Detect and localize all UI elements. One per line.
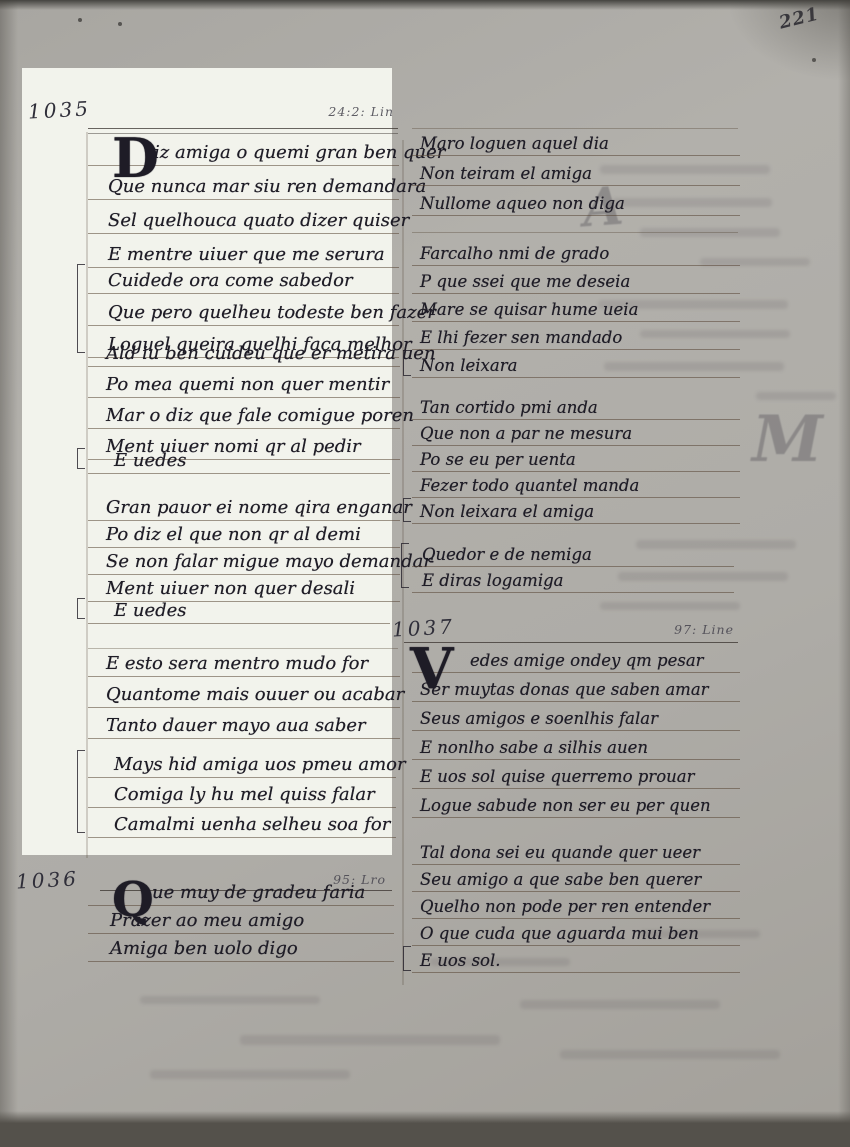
page-corner-shadow (730, 0, 850, 80)
verse-line: Tal dona sei eu quande quer ueer (412, 838, 740, 865)
verse-text: E uos sol quise querremo prouar (420, 769, 694, 789)
verse-line: Nullome aqueo non diga (412, 186, 740, 216)
manuscript-photo: AM 103524:2: Liniz amiga o quemi gran be… (0, 0, 850, 1147)
verse-text: Fezer todo quantel manda (420, 478, 639, 498)
manuscript-page: AM 103524:2: Liniz amiga o quemi gran be… (0, 0, 850, 1147)
page-edge-right (838, 0, 850, 1147)
line-bracket (403, 946, 411, 971)
verse-text: Mare se quisar hume ueia (420, 302, 638, 322)
header-rule (404, 642, 738, 643)
verse-line: Tan cortido pmi anda (412, 394, 740, 420)
verse-line: O que cuda que aguarda mui ben (412, 919, 740, 946)
verse-text: E lhi fezer sen mandado (420, 330, 622, 350)
verse-text: Non leixara (420, 358, 517, 378)
verse-line: Quelho non pode per ren entender (412, 892, 740, 919)
verse-line: Que non a par ne mesura (412, 420, 740, 446)
page-edge-left (0, 0, 18, 1147)
line-bracket (403, 350, 411, 376)
verse-text: Tan cortido pmi anda (420, 400, 598, 420)
verse-line: Logue sabude non ser eu per quen (412, 789, 740, 818)
page-edge-top (0, 0, 850, 10)
verse-text: Quelho non pode per ren entender (420, 899, 710, 919)
verse-text: Seu amigo a que sabe ben querer (420, 872, 701, 892)
verse-line: P que ssei que me deseia (412, 266, 740, 294)
colocci-annotation: 97: Line (558, 622, 734, 637)
verse-line: edes amige ondey qm pesar (412, 644, 740, 673)
verse-line: Seu amigo a que sabe ben querer (412, 865, 740, 892)
stanza: Tan cortido pmi andaQue non a par ne mes… (412, 394, 740, 524)
verse-text: Maro loguen aquel dia (420, 136, 609, 156)
stanza: edes amige ondey qm pesarSer muytas dona… (412, 644, 740, 818)
verse-line: Mare se quisar hume ueia (412, 294, 740, 322)
stanza: Maro loguen aquel diaNon teiram el amiga… (412, 126, 740, 216)
verse-text: Seus amigos e soenlhis falar (420, 711, 658, 731)
verse-text: Que non a par ne mesura (420, 426, 632, 446)
verse-text: Logue sabude non ser eu per quen (420, 798, 711, 818)
verse-line: Po se eu per uenta (412, 446, 740, 472)
verse-text: Non leixara el amiga (420, 504, 594, 524)
verse-line: E nonlho sabe a silhis auen (412, 731, 740, 760)
initial-letter: V (410, 646, 453, 694)
verse-line: Seus amigos e soenlhis falar (412, 702, 740, 731)
verse-line: E lhi fezer sen mandado (412, 322, 740, 350)
verse-line: E uos sol. (412, 946, 740, 973)
verse-text: Ser muytas donas que saben amar (420, 682, 709, 702)
verse-text: E uos sol. (420, 953, 501, 973)
verse-line: Non leixara el amiga (412, 498, 740, 524)
verse-line: Ser muytas donas que saben amar (412, 673, 740, 702)
verse-line: Quedor e de nemiga (412, 541, 734, 567)
verse-text: Farcalho nmi de grado (420, 246, 609, 266)
verse-line: E uos sol quise querremo prouar (412, 760, 740, 789)
verse-text: Nullome aqueo non diga (420, 196, 625, 216)
verse-text: Quedor e de nemiga (422, 547, 592, 567)
line-bracket (403, 498, 411, 522)
verse-text: Po se eu per uenta (420, 452, 576, 472)
verse-text: Tal dona sei eu quande quer ueer (420, 845, 700, 865)
verse-text: O que cuda que aguarda mui ben (420, 926, 699, 946)
page-edge-bottom-fade (0, 1111, 850, 1123)
right-column: Maro loguen aquel diaNon teiram el amiga… (0, 0, 850, 1147)
verse-line: Maro loguen aquel dia (412, 126, 740, 156)
stanza-bracket (401, 543, 409, 588)
verse-text: Non teiram el amiga (420, 166, 592, 186)
stanza: Farcalho nmi de gradoP que ssei que me d… (412, 238, 740, 378)
verse-text: P que ssei que me deseia (420, 274, 630, 294)
verse-line: Fezer todo quantel manda (412, 472, 740, 498)
verse-line: Farcalho nmi de grado (412, 238, 740, 266)
verse-line: Non leixara (412, 350, 740, 378)
verse-line: E diras logamiga (412, 567, 734, 593)
stanza: Quedor e de nemigaE diras logamiga (412, 541, 734, 593)
stanza: Tal dona sei eu quande quer ueerSeu amig… (412, 838, 740, 973)
verse-text: E diras logamiga (422, 573, 564, 593)
verse-text: edes amige ondey qm pesar (470, 653, 704, 673)
verse-line: Non teiram el amiga (412, 156, 740, 186)
verse-text: E nonlho sabe a silhis auen (420, 740, 648, 760)
page-edge-bottom (0, 1123, 850, 1147)
